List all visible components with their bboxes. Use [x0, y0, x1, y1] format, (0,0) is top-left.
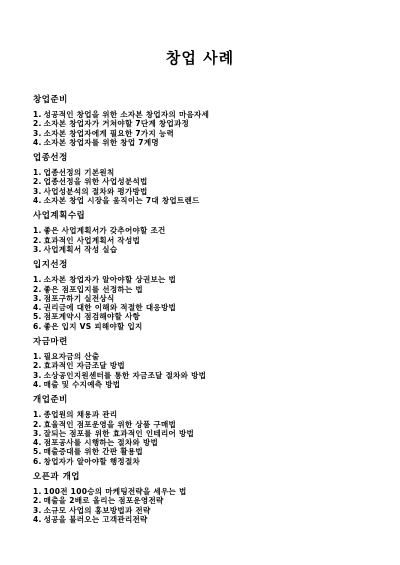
item-number: 3. — [33, 506, 42, 515]
toc-item: 1.종업원의 채용과 관리 — [33, 410, 372, 419]
item-text: 효율적인 점포운영을 위한 상품 구매법 — [44, 420, 176, 429]
item-number: 4. — [33, 138, 42, 147]
item-text: 좋은 점포입지를 선정하는 법 — [44, 285, 143, 294]
item-text: 매출을 2배로 올리는 점포운영전략 — [44, 496, 164, 505]
item-number: 1. — [33, 352, 42, 361]
item-text: 효과적인 자금조달 방법 — [44, 361, 125, 370]
section-heading: 업종선정 — [33, 154, 372, 163]
item-number: 2. — [33, 285, 42, 294]
toc-item: 2.효과적인 사업계획서 작성법 — [33, 236, 372, 245]
item-number: 2. — [33, 420, 42, 429]
toc-item: 1.소자본 창업자가 알아야할 상권보는 법 — [33, 275, 372, 284]
item-text: 소자본 창업자가 알아야할 상권보는 법 — [44, 275, 176, 284]
toc-item: 3.사업계획서 작성 실습 — [33, 245, 372, 254]
section-item-list: 1.성공적인 창업을 위한 소자본 창업자의 마음자세2.소자본 창업자가 거쳐… — [33, 110, 372, 147]
toc-section: 입지선정1.소자본 창업자가 알아야할 상권보는 법2.좋은 점포입지를 선정하… — [33, 261, 372, 331]
item-number: 2. — [33, 177, 42, 186]
toc-item: 6.좋은 입지 VS 피해야할 입지 — [33, 322, 372, 331]
item-number: 3. — [33, 371, 42, 380]
toc-item: 3.사업성분석의 절차와 평가방법 — [33, 187, 372, 196]
item-text: 필요자금의 산출 — [44, 352, 100, 361]
section-heading: 자금마련 — [33, 338, 372, 347]
section-heading: 오픈과 개업 — [33, 473, 372, 482]
toc-item: 3.점포구하기 실전상식 — [33, 294, 372, 303]
item-text: 업종선정의 기본원칙 — [44, 168, 115, 177]
item-number: 2. — [33, 496, 42, 505]
section-heading: 입지선정 — [33, 261, 372, 270]
section-heading: 개업준비 — [33, 396, 372, 405]
item-text: 종업원의 채용과 관리 — [44, 410, 118, 419]
toc-item: 3.소상공인지원센터를 통한 자금조달 절차와 방법 — [33, 371, 372, 380]
toc-item: 4.매출 및 수지예측 방법 — [33, 380, 372, 389]
toc-section: 사업계획수립1.좋은 사업계획서가 갖추어야할 조건2.효과적인 사업계획서 작… — [33, 212, 372, 254]
item-number: 5. — [33, 447, 42, 456]
toc-item: 4.소자본 창업자를 위한 창업 7계명 — [33, 138, 372, 147]
item-text: 100전 100승의 마케팅전략을 세우는 법 — [44, 487, 187, 496]
item-text: 업종선정을 위한 사업성분석법 — [44, 177, 148, 186]
item-text: 사업성분석의 절차와 평가방법 — [44, 187, 148, 196]
item-number: 3. — [33, 294, 42, 303]
toc-item: 5.매출증대를 위한 간판 활용법 — [33, 447, 372, 456]
item-text: 사업계획서 작성 실습 — [44, 245, 118, 254]
toc-item: 2.업종선정을 위한 사업성분석법 — [33, 177, 372, 186]
toc-item: 5.점포계약시 점검해야할 사항 — [33, 312, 372, 321]
item-text: 권리금에 대한 이해와 적절한 대응방법 — [44, 303, 176, 312]
item-text: 매출증대를 위한 간판 활용법 — [44, 447, 143, 456]
toc-item: 1.필요자금의 산출 — [33, 352, 372, 361]
toc-item: 1.좋은 사업계획서가 갖추어야할 조건 — [33, 226, 372, 235]
toc-section: 오픈과 개업1.100전 100승의 마케팅전략을 세우는 법2.매출을 2배로… — [33, 473, 372, 524]
toc-item: 2.효율적인 점포운영을 위한 상품 구매법 — [33, 420, 372, 429]
toc-item: 1.100전 100승의 마케팅전략을 세우는 법 — [33, 487, 372, 496]
item-text: 소자본 창업자에게 필요한 7가지 능력 — [44, 129, 174, 138]
toc-item: 1.성공적인 창업을 위한 소자본 창업자의 마음자세 — [33, 110, 372, 119]
section-item-list: 1.필요자금의 산출2.효과적인 자금조달 방법3.소상공인지원센터를 통한 자… — [33, 352, 372, 389]
section-item-list: 1.업종선정의 기본원칙2.업종선정을 위한 사업성분석법3.사업성분석의 절차… — [33, 168, 372, 205]
page-title: 창업 사례 — [0, 0, 400, 67]
item-number: 1. — [33, 275, 42, 284]
toc-section: 업종선정1.업종선정의 기본원칙2.업종선정을 위한 사업성분석법3.사업성분석… — [33, 154, 372, 205]
item-text: 잘되는 점포를 위한 효과적인 인테리어 방법 — [44, 429, 194, 438]
item-text: 창업자가 알아야할 행정절차 — [44, 457, 140, 466]
toc-item: 4.성공을 불러오는 고객관리전략 — [33, 515, 372, 524]
toc-item: 2.좋은 점포입지를 선정하는 법 — [33, 285, 372, 294]
item-number: 4. — [33, 438, 42, 447]
item-number: 1. — [33, 226, 42, 235]
item-text: 점포계약시 점검해야할 사항 — [44, 312, 140, 321]
item-text: 소자본 창업자를 위한 창업 7계명 — [44, 138, 159, 147]
item-number: 3. — [33, 429, 42, 438]
toc-item: 3.소규모 사업의 홍보방법과 전략 — [33, 506, 372, 515]
toc-section: 자금마련1.필요자금의 산출2.효과적인 자금조달 방법3.소상공인지원센터를 … — [33, 338, 372, 389]
item-number: 3. — [33, 129, 42, 138]
toc-item: 2.효과적인 자금조달 방법 — [33, 361, 372, 370]
section-item-list: 1.좋은 사업계획서가 갖추어야할 조건2.효과적인 사업계획서 작성법3.사업… — [33, 226, 372, 254]
item-number: 2. — [33, 361, 42, 370]
item-number: 3. — [33, 245, 42, 254]
toc-item: 3.잘되는 점포를 위한 효과적인 인테리어 방법 — [33, 429, 372, 438]
toc-item: 6.창업자가 알아야할 행정절차 — [33, 457, 372, 466]
item-text: 소자본 창업자가 거쳐야할 7단계 창업과정 — [44, 119, 189, 128]
item-number: 2. — [33, 236, 42, 245]
item-number: 1. — [33, 410, 42, 419]
item-text: 효과적인 사업계획서 작성법 — [44, 236, 140, 245]
toc-content: 창업준비1.성공적인 창업을 위한 소자본 창업자의 마음자세2.소자본 창업자… — [0, 67, 400, 524]
document-page: 창업 사례 창업준비1.성공적인 창업을 위한 소자본 창업자의 마음자세2.소… — [0, 0, 400, 565]
item-number: 2. — [33, 119, 42, 128]
item-text: 소자본 창업 시장을 움직이는 7대 창업트렌드 — [44, 196, 200, 205]
item-number: 4. — [33, 196, 42, 205]
item-number: 6. — [33, 322, 42, 331]
toc-item: 2.매출을 2배로 올리는 점포운영전략 — [33, 496, 372, 505]
item-number: 4. — [33, 515, 42, 524]
item-text: 좋은 입지 VS 피해야할 입지 — [44, 322, 143, 331]
item-number: 5. — [33, 312, 42, 321]
item-text: 점포공사를 시행하는 절차와 방법 — [44, 438, 158, 447]
toc-item: 4.소자본 창업 시장을 움직이는 7대 창업트렌드 — [33, 196, 372, 205]
item-text: 매출 및 수지예측 방법 — [44, 380, 121, 389]
item-number: 3. — [33, 187, 42, 196]
section-item-list: 1.종업원의 채용과 관리2.효율적인 점포운영을 위한 상품 구매법3.잘되는… — [33, 410, 372, 466]
section-heading: 창업준비 — [33, 96, 372, 105]
item-text: 성공적인 창업을 위한 소자본 창업자의 마음자세 — [44, 110, 209, 119]
section-item-list: 1.100전 100승의 마케팅전략을 세우는 법2.매출을 2배로 올리는 점… — [33, 487, 372, 524]
section-item-list: 1.소자본 창업자가 알아야할 상권보는 법2.좋은 점포입지를 선정하는 법3… — [33, 275, 372, 331]
item-number: 1. — [33, 168, 42, 177]
item-text: 성공을 불러오는 고객관리전략 — [44, 515, 148, 524]
item-number: 1. — [33, 110, 42, 119]
item-text: 소상공인지원센터를 통한 자금조달 절차와 방법 — [44, 371, 207, 380]
item-text: 점포구하기 실전상식 — [44, 294, 115, 303]
toc-item: 3.소자본 창업자에게 필요한 7가지 능력 — [33, 129, 372, 138]
toc-section: 창업준비1.성공적인 창업을 위한 소자본 창업자의 마음자세2.소자본 창업자… — [33, 96, 372, 147]
section-heading: 사업계획수립 — [33, 212, 372, 221]
item-text: 좋은 사업계획서가 갖추어야할 조건 — [44, 226, 166, 235]
toc-item: 2.소자본 창업자가 거쳐야할 7단계 창업과정 — [33, 119, 372, 128]
item-number: 6. — [33, 457, 42, 466]
item-number: 1. — [33, 487, 42, 496]
item-number: 4. — [33, 380, 42, 389]
toc-section: 개업준비1.종업원의 채용과 관리2.효율적인 점포운영을 위한 상품 구매법3… — [33, 396, 372, 466]
item-number: 4. — [33, 303, 42, 312]
item-text: 소규모 사업의 홍보방법과 전략 — [44, 506, 151, 515]
